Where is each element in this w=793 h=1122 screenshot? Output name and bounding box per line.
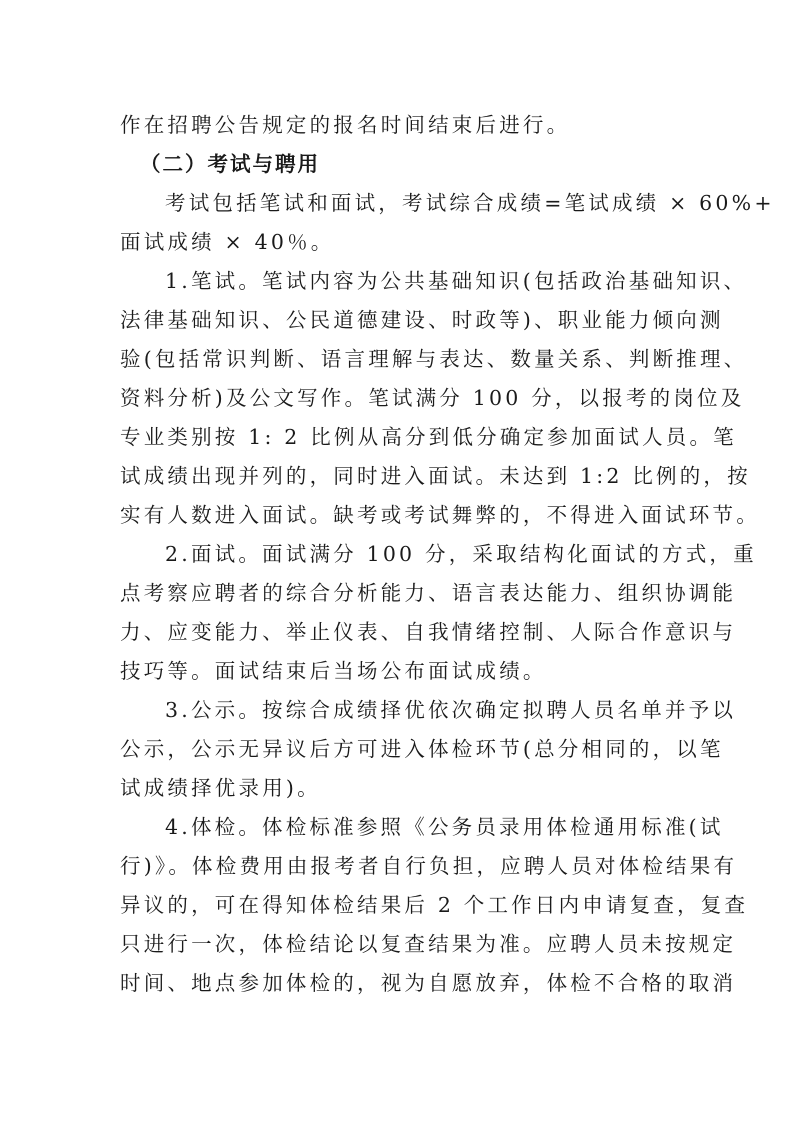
- text-line: 异议的，可在得知体检结果后 2 个工作日内申请复查，复查: [120, 890, 680, 920]
- paragraph-start: 考试包括笔试和面试，考试综合成绩=笔试成绩 × 60%+: [165, 188, 680, 218]
- text-line: 作在招聘公告规定的报名时间结束后进行。: [120, 110, 680, 140]
- text-line: 资料分析)及公文写作。笔试满分 100 分，以报考的岗位及: [120, 383, 680, 413]
- text-line: 法律基础知识、公民道德建设、时政等)、职业能力倾向测: [120, 305, 680, 335]
- text-line: 试成绩出现并列的，同时进入面试。未达到 1:2 比例的，按: [120, 461, 680, 491]
- text-line: 公示，公示无异议后方可进入体检环节(总分相同的，以笔: [120, 734, 680, 764]
- text-line: 实有人数进入面试。缺考或考试舞弊的，不得进入面试环节。: [120, 500, 680, 530]
- paragraph-start: 2.面试。面试满分 100 分，采取结构化面试的方式，重: [165, 539, 680, 569]
- text-line: 面试成绩 × 40％。: [120, 227, 680, 257]
- section-heading: （二）考试与聘用: [140, 149, 700, 179]
- text-line: 时间、地点参加体检的，视为自愿放弃，体检不合格的取消: [120, 968, 680, 998]
- document-page: 作在招聘公告规定的报名时间结束后进行。 （二）考试与聘用 考试包括笔试和面试，考…: [0, 0, 793, 1122]
- text-line: 试成绩择优录用)。: [120, 773, 680, 803]
- text-line: 点考察应聘者的综合分析能力、语言表达能力、组织协调能: [120, 578, 680, 608]
- text-line: 技巧等。面试结束后当场公布面试成绩。: [120, 656, 680, 686]
- text-line: 专业类别按 1: 2 比例从高分到低分确定参加面试人员。笔: [120, 422, 680, 452]
- text-line: 只进行一次，体检结论以复查结果为准。应聘人员未按规定: [120, 929, 680, 959]
- paragraph-start: 4.体检。体检标准参照《公务员录用体检通用标准(试: [165, 812, 680, 842]
- paragraph-start: 3.公示。按综合成绩择优依次确定拟聘人员名单并予以: [165, 695, 680, 725]
- text-line: 行)》。体检费用由报考者自行负担，应聘人员对体检结果有: [120, 851, 680, 881]
- text-line: 力、应变能力、举止仪表、自我情绪控制、人际合作意识与: [120, 617, 680, 647]
- paragraph-start: 1.笔试。笔试内容为公共基础知识(包括政治基础知识、: [165, 266, 680, 296]
- text-line: 验(包括常识判断、语言理解与表达、数量关系、判断推理、: [120, 344, 680, 374]
